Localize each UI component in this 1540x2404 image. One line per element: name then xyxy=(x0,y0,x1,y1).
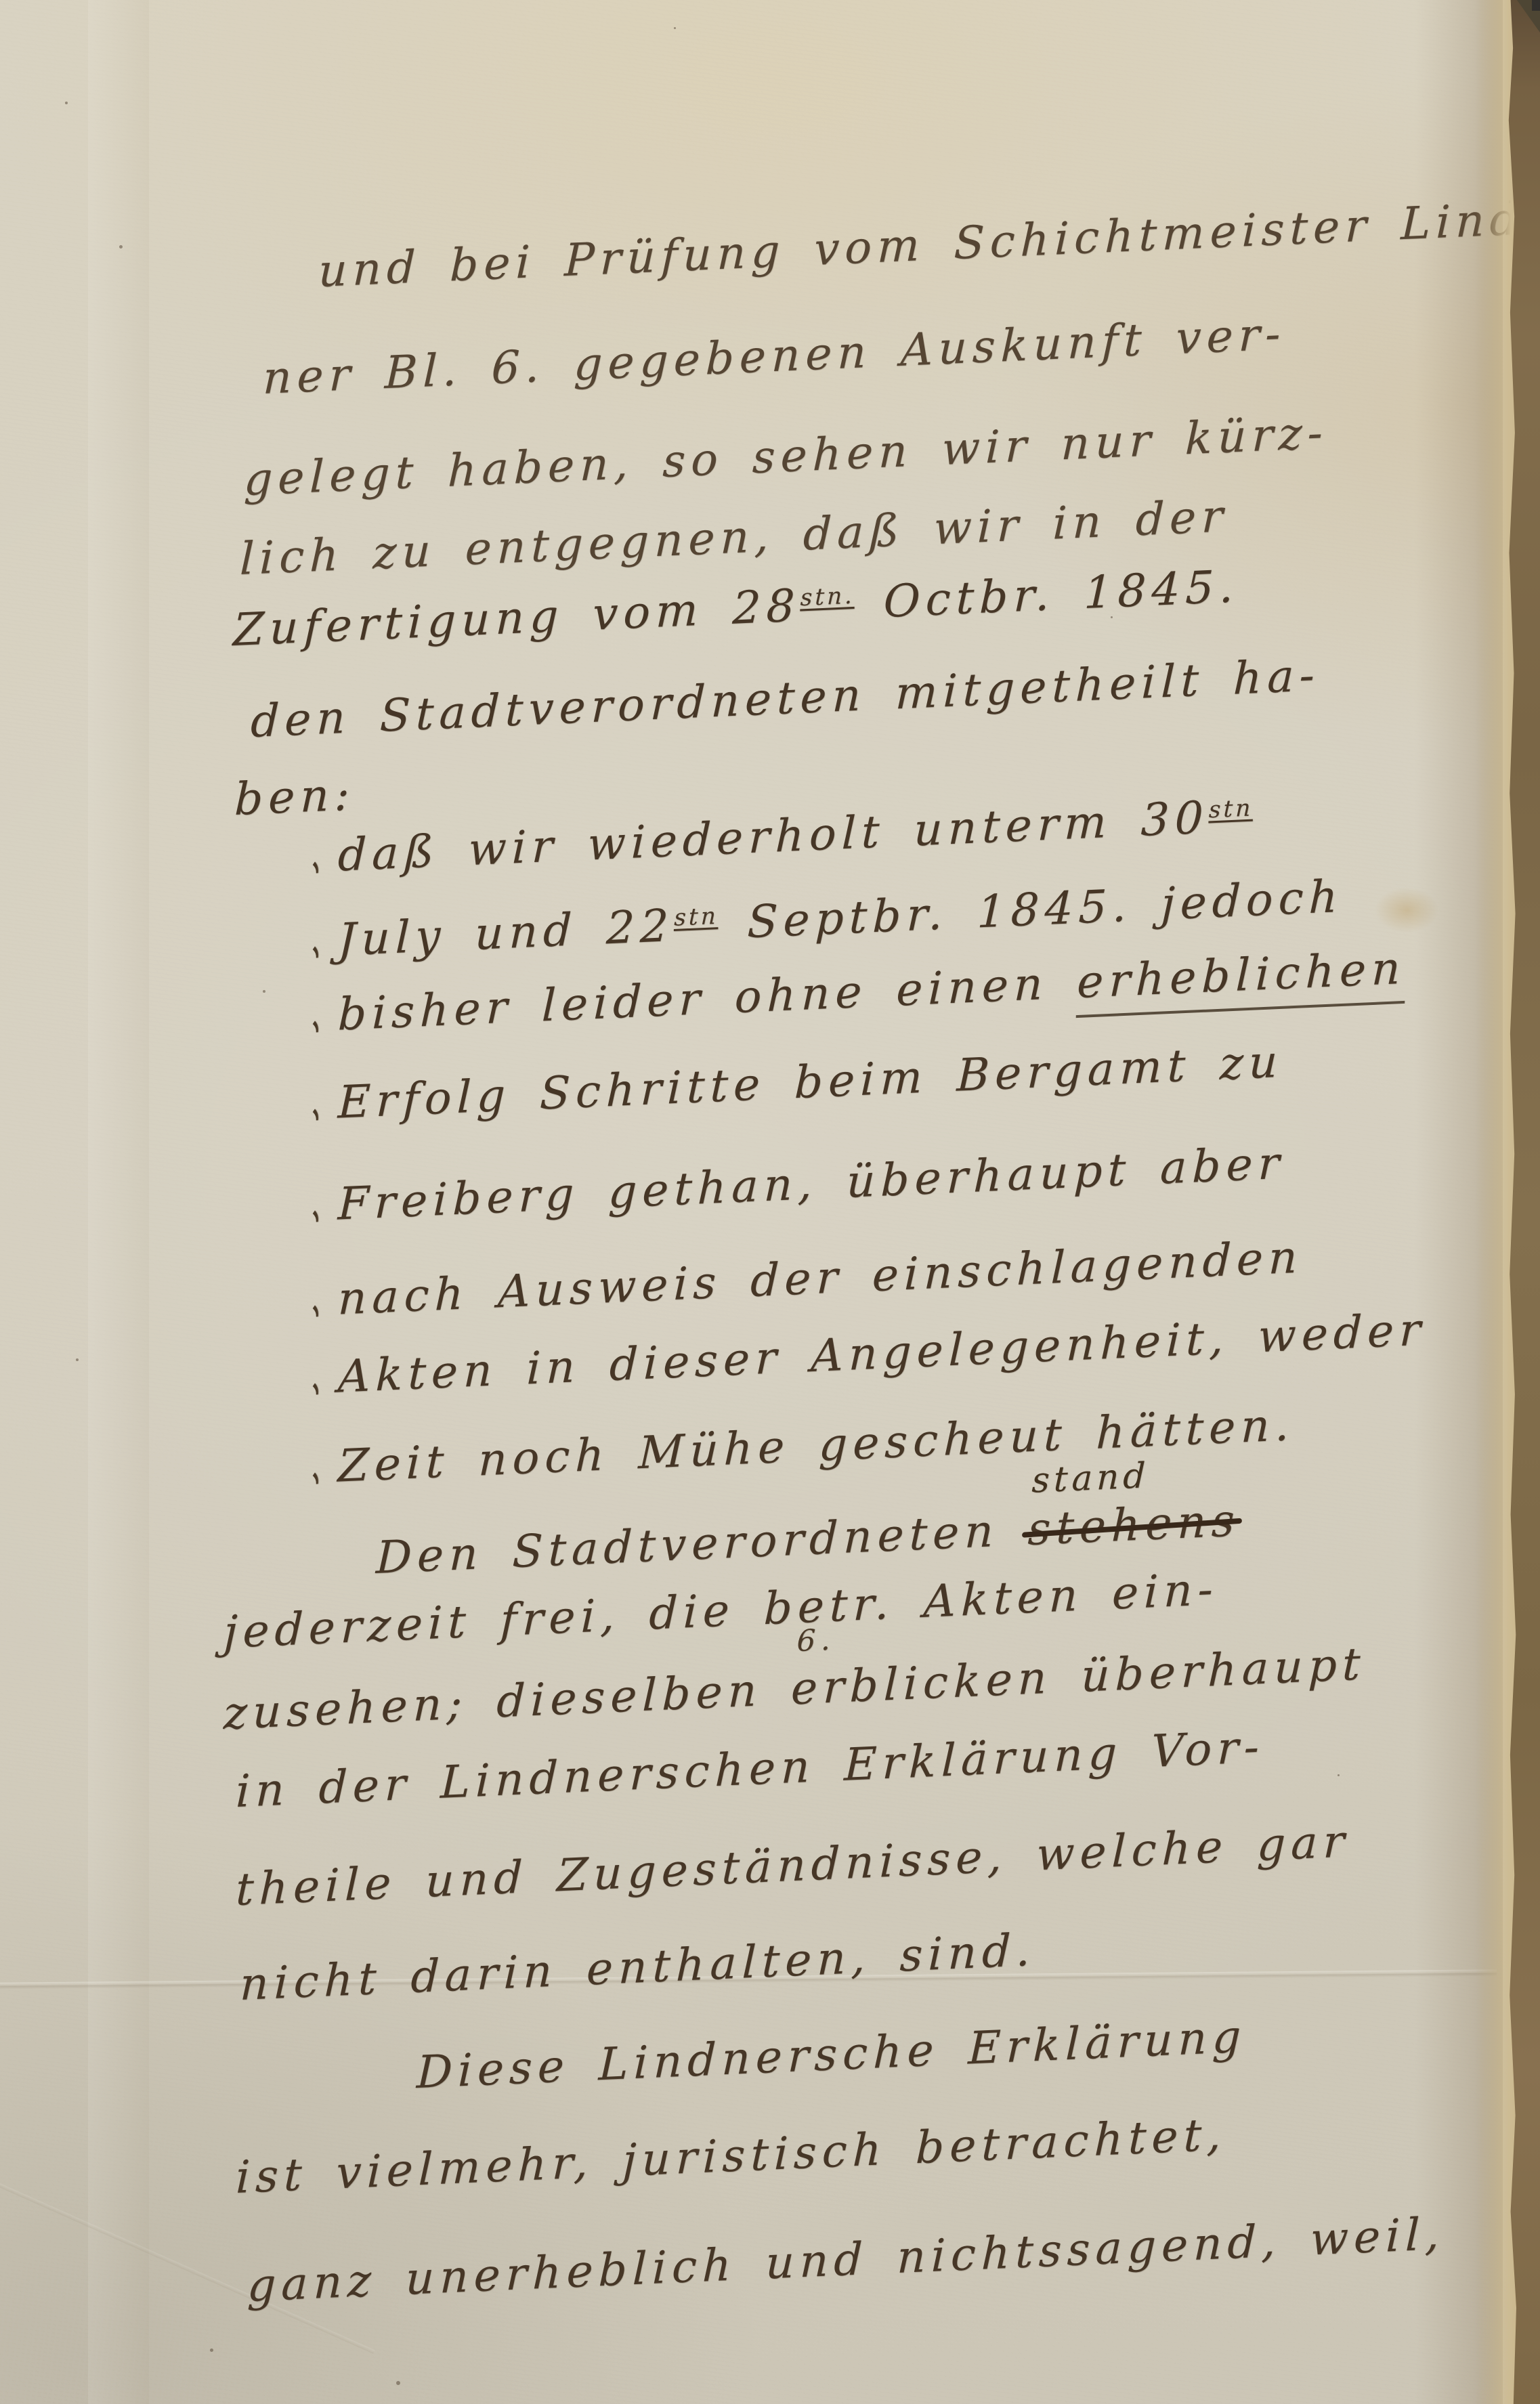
paper-speck xyxy=(1111,616,1113,618)
handwriting-segment: Septbr. 1845. jedoch xyxy=(718,870,1344,949)
handwriting-line: ist vielmehr, juristisch betrachtet, xyxy=(235,2112,1227,2200)
handwriting-segment: nach Ausweis der einschlagenden xyxy=(337,1230,1303,1325)
handwriting-line: ‚Freiberg gethan, überhaupt aber xyxy=(301,1141,1285,1229)
handwriting-line: ben: xyxy=(234,772,356,822)
handwriting-segment: July und 22 xyxy=(337,899,675,966)
handwriting-segment: Freiberg gethan, überhaupt aber xyxy=(337,1137,1285,1230)
quote-mark: ‚ xyxy=(288,1088,328,1123)
handwriting-line: nicht darin enthalten, sind. xyxy=(239,1928,1036,2007)
handwriting-segment: stn. xyxy=(800,582,855,612)
paper-speck xyxy=(210,2348,213,2352)
handwriting-segment: Zufertigung vom 28 xyxy=(232,579,800,656)
handwriting-segment: gelegt haben, so sehen wir nur kürz- xyxy=(243,406,1329,506)
paper-speck xyxy=(263,990,265,993)
handwriting-segment: nicht darin enthalten, sind. xyxy=(239,1924,1036,2011)
quote-mark: ‚ xyxy=(288,1189,328,1224)
handwriting-line: zusehen; dieselben erblicken überhaupt xyxy=(223,1641,1366,1736)
handwriting-segment: Den Stadtverordneten xyxy=(375,1503,1028,1584)
handwriting-segment: in der Lindnerschen Erklärung Vor- xyxy=(235,1721,1265,1818)
handwriting-segment: stehensstand xyxy=(1027,1498,1241,1552)
handwriting-segment: Erfolg Schritte beim Bergamt zu xyxy=(337,1035,1283,1129)
paper-speck xyxy=(65,102,68,104)
quote-mark: ‚ xyxy=(288,840,328,876)
handwriting-line: in der Lindnerschen Erklärung Vor- xyxy=(235,1725,1265,1814)
handwriting-segment: und bei Prüfung vom Schichtmeister Lind- xyxy=(318,192,1540,297)
paper-speck xyxy=(119,245,123,249)
handwriting-segment: ganz unerheblich und nichtssagend, weil, xyxy=(247,2208,1445,2312)
handwriting-segment: stn xyxy=(674,903,719,932)
quote-mark: ‚ xyxy=(288,1284,328,1319)
handwriting-line: ner Bl. 6. gegebenen Auskunft ver- xyxy=(262,312,1286,401)
background-corner-dark xyxy=(1532,0,1540,11)
handwriting-line: ‚daß wir wiederholt unterm 30stn xyxy=(301,794,1254,880)
handwriting-segment: stn xyxy=(1208,794,1253,823)
handwriting-segment: Akten ein- xyxy=(894,1563,1219,1629)
handwriting-segment: daß wir wiederholt unterm 30 xyxy=(337,791,1210,881)
paper-speck xyxy=(76,1358,79,1361)
paper-speck xyxy=(396,2381,400,2385)
quote-mark: ‚ xyxy=(288,1362,328,1397)
handwriting-line: ‚nach Ausweis der einschlagenden xyxy=(301,1235,1303,1323)
handwriting-line: ‚Akten in dieser Angelegenheit, weder xyxy=(301,1307,1426,1401)
handwriting-segment: jederzeit frei, die xyxy=(223,1583,765,1658)
handwriting-line: ‚Erfolg Schritte beim Bergamt zu xyxy=(301,1039,1283,1127)
handwriting-line: und bei Prüfung vom Schichtmeister Lind- xyxy=(318,196,1540,294)
handwriting-segment: erheblichen xyxy=(1076,942,1407,1018)
handwriting-line: ganz unerheblich und nichtssagend, weil, xyxy=(247,2212,1445,2309)
handwriting-line: jederzeit frei, die betr.6. Akten ein- xyxy=(223,1567,1218,1655)
handwriting-segment: Zeit noch Mühe gescheut hätten. xyxy=(337,1398,1296,1493)
document-photo: und bei Prüfung vom Schichtmeister Lind-… xyxy=(0,0,1540,2404)
handwriting-segment: theile und Zugeständnisse, welche gar xyxy=(235,1815,1350,1916)
handwriting-line: den Stadtverordneten mitgetheilt ha- xyxy=(250,653,1320,744)
handwriting-segment: ben: xyxy=(234,768,356,825)
quote-mark: ‚ xyxy=(288,925,328,960)
paper-speck xyxy=(1338,1774,1340,1776)
handwriting-layer: und bei Prüfung vom Schichtmeister Lind-… xyxy=(0,0,1540,2404)
handwriting-line: gelegt haben, so sehen wir nur kürz- xyxy=(243,410,1328,502)
handwriting-line: Diese Lindnersche Erklärung xyxy=(416,2014,1247,2095)
handwriting-segment: Diese Lindnersche Erklärung xyxy=(416,2010,1247,2099)
correction-note: 6. xyxy=(796,1626,836,1657)
paper-speck xyxy=(674,27,676,29)
handwriting-line: theile und Zugeständnisse, welche gar xyxy=(235,1819,1350,1912)
handwriting-segment: ist vielmehr, juristisch betrachtet, xyxy=(235,2108,1227,2204)
handwriting-segment: ner Bl. 6. gegebenen Auskunft ver- xyxy=(262,307,1286,404)
handwriting-segment: den Stadtverordneten mitgetheilt ha- xyxy=(250,649,1321,748)
handwriting-segment: Akten in dieser Angelegenheit, weder xyxy=(337,1303,1427,1402)
inserted-word: stand xyxy=(1031,1459,1150,1499)
handwriting-segment: bisher leider ohne einen xyxy=(337,956,1077,1041)
handwriting-segment: Octbr. 1845. xyxy=(854,560,1240,629)
quote-mark: ‚ xyxy=(288,1000,328,1035)
handwriting-segment: betr.6. xyxy=(763,1581,895,1632)
quote-mark: ‚ xyxy=(288,1451,328,1486)
